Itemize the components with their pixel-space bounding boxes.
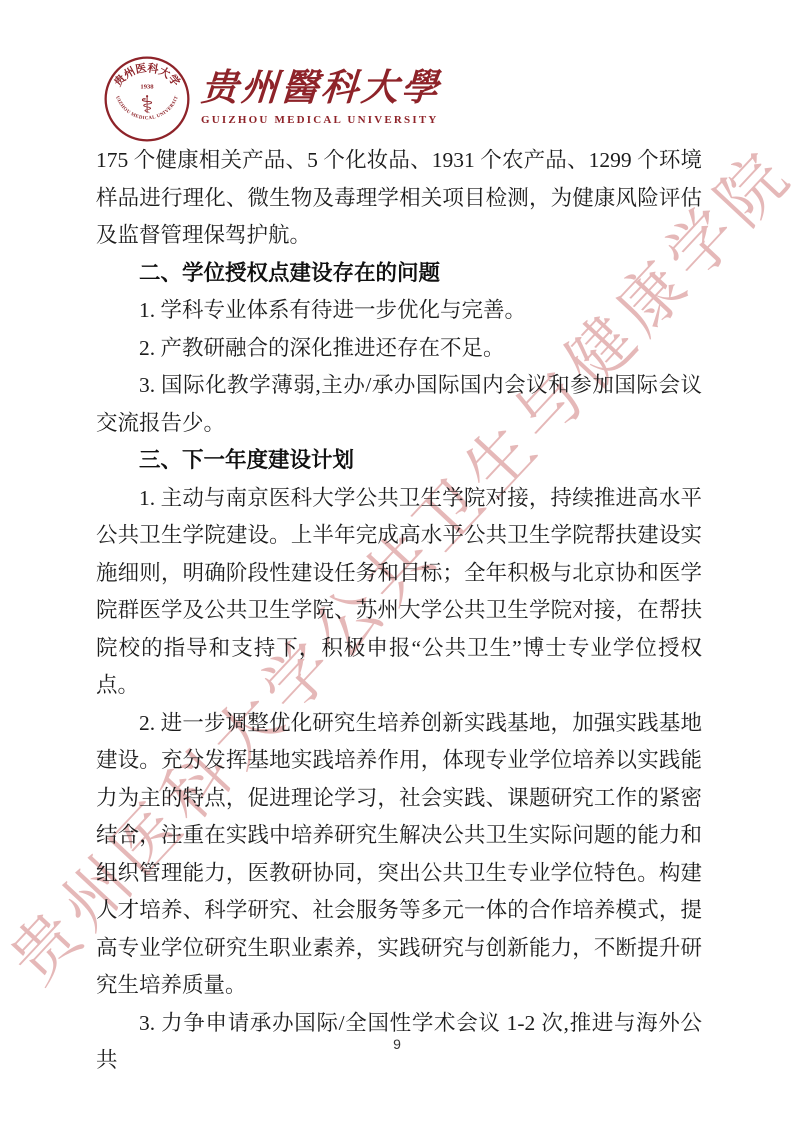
paragraph-continuation: 175 个健康相关产品、5 个化妆品、1931 个农产品、1299 个环境样品进… — [96, 142, 702, 255]
document-body: 175 个健康相关产品、5 个化妆品、1931 个农产品、1299 个环境样品进… — [96, 142, 702, 1080]
problem-item-1: 1. 学科专业体系有待进一步优化与完善。 — [96, 292, 702, 330]
university-name-english: GUIZHOU MEDICAL UNIVERSITY — [201, 114, 441, 126]
seal-year: 1938 — [140, 83, 154, 90]
section-heading-problems: 二、学位授权点建设存在的问题 — [96, 255, 702, 293]
problem-item-2: 2. 产教研融合的深化推进还存在不足。 — [96, 330, 702, 368]
section-heading-next-year-plan: 三、下一年度建设计划 — [96, 442, 702, 480]
caduceus-icon: ⚕ — [140, 92, 153, 119]
plan-item-2: 2. 进一步调整优化研究生培养创新实践基地，加强实践基地建设。充分发挥基地实践培… — [96, 705, 702, 1005]
university-name-chinese: 贵州醫科大學 — [200, 69, 443, 110]
page-number: 9 — [393, 1036, 401, 1052]
page-footer: 9 — [0, 1036, 794, 1054]
university-logo: 贵州医科大学 1938 ⚕ GUIZHOU MEDICAL UNIVERSITY… — [103, 55, 441, 143]
plan-item-1: 1. 主动与南京医科大学公共卫生学院对接，持续推进高水平公共卫生学院建设。上半年… — [96, 480, 702, 705]
document-page: 贵州医科大学公共卫生与健康学院 贵州医科大学 1938 ⚕ GUIZHOU ME… — [0, 0, 794, 1123]
problem-item-3: 3. 国际化教学薄弱,主办/承办国际国内会议和参加国际会议交流报告少。 — [96, 367, 702, 442]
university-seal-icon: 贵州医科大学 1938 ⚕ GUIZHOU MEDICAL UNIVERSITY — [103, 55, 191, 143]
logo-wordmark: 贵州醫科大學 GUIZHOU MEDICAL UNIVERSITY — [201, 55, 441, 126]
